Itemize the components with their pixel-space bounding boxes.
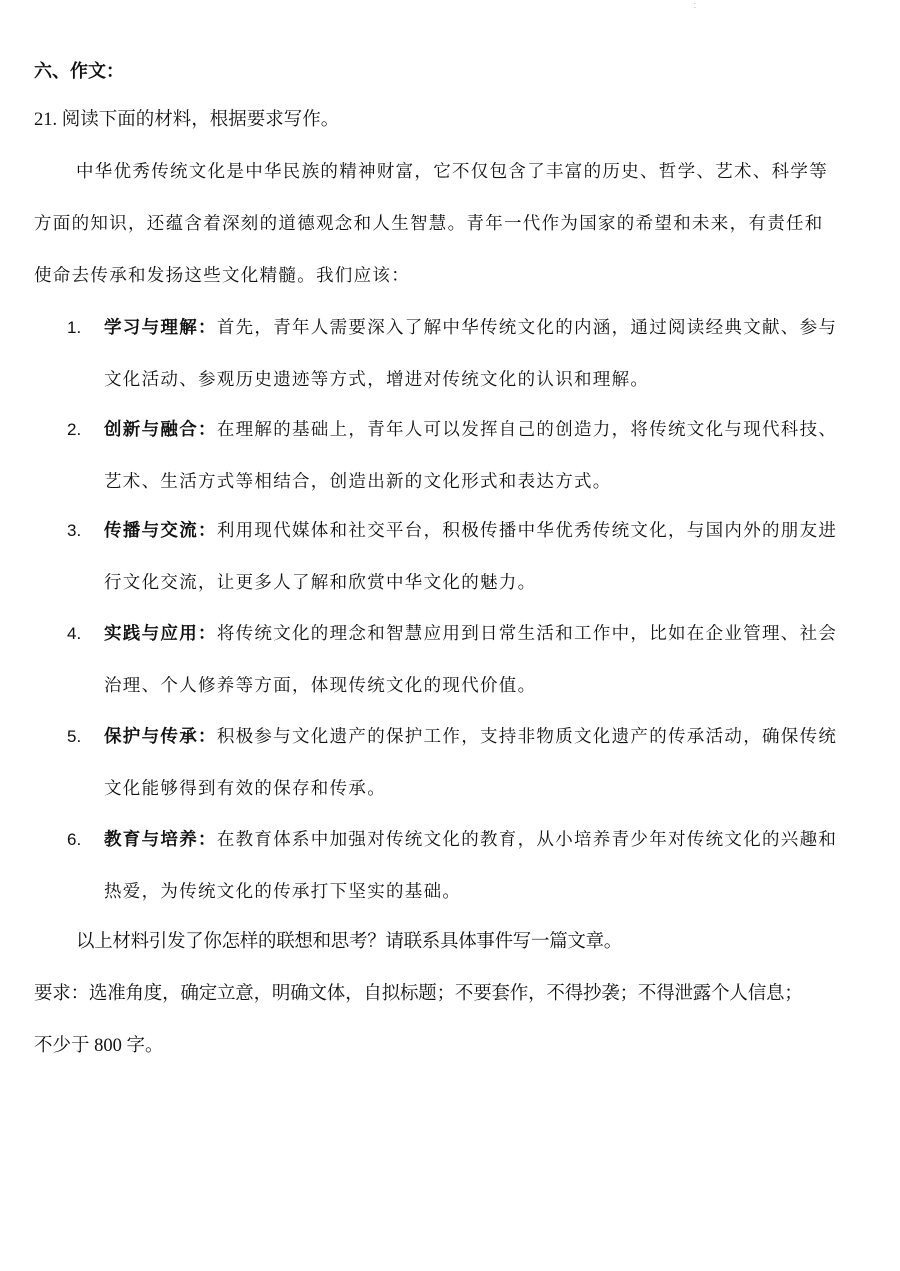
- list-item-title: 保护与传承：: [104, 727, 217, 747]
- list-item-continuation: 文化活动、参观历史遗迹等方式，增进对传统文化的认识和理解。: [104, 368, 649, 392]
- list-item-continuation: 行文化交流，让更多人了解和欣赏中华文化的魅力。: [104, 571, 536, 595]
- list-item-continuation: 艺术、生活方式等相结合，创造出新的文化形式和表达方式。: [104, 470, 612, 494]
- question-number: 21.: [34, 110, 57, 130]
- list-item-number: 3.: [67, 519, 81, 543]
- list-item-title: 实践与应用：: [104, 624, 217, 644]
- list-item-line: 保护与传承：积极参与文化遗产的保护工作，支持非物质文化遗产的传承活动，确保传统: [104, 725, 837, 749]
- question-heading: 21. 阅读下面的材料，根据要求写作。: [34, 108, 339, 132]
- list-item-number: 4.: [67, 622, 81, 646]
- requirements-line: 要求：选准角度，确定立意，明确文体，自拟标题；不要套作，不得抄袭；不得泄露个人信…: [34, 982, 803, 1006]
- list-item-line: 学习与理解：首先，青年人需要深入了解中华传统文化的内涵，通过阅读经典文献、参与: [104, 316, 837, 340]
- list-item-number: 2.: [67, 418, 81, 442]
- section-title: 六、作文：: [34, 60, 124, 84]
- list-item-number: 1.: [67, 316, 81, 340]
- list-item-text: 在教育体系中加强对传统文化的教育，从小培养青少年对传统文化的兴趣和: [217, 830, 837, 850]
- list-item-continuation: 文化能够得到有效的保存和传承。: [104, 777, 386, 801]
- question-instruction: 阅读下面的材料，根据要求写作。: [62, 110, 340, 130]
- material-paragraph-line: 方面的知识，还蕴含着深刻的道德观念和人生智慧。青年一代作为国家的希望和未来，有责…: [34, 212, 824, 236]
- list-item-text: 利用现代媒体和社交平台，积极传播中华优秀传统文化，与国内外的朋友进: [217, 521, 837, 541]
- list-item-line: 传播与交流：利用现代媒体和社交平台，积极传播中华优秀传统文化，与国内外的朋友进: [104, 519, 837, 543]
- list-item-line: 教育与培养：在教育体系中加强对传统文化的教育，从小培养青少年对传统文化的兴趣和: [104, 828, 837, 852]
- exam-page: ·· 六、作文： 21. 阅读下面的材料，根据要求写作。 中华优秀传统文化是中华…: [0, 0, 900, 1271]
- list-item-line: 实践与应用：将传统文化的理念和智慧应用到日常生活和工作中，比如在企业管理、社会: [104, 622, 837, 646]
- list-item-text: 将传统文化的理念和智慧应用到日常生活和工作中，比如在企业管理、社会: [217, 624, 837, 644]
- writing-prompt: 以上材料引发了你怎样的联想和思考？请联系具体事件写一篇文章。: [76, 930, 622, 954]
- requirements-line: 不少于 800 字。: [34, 1034, 164, 1058]
- list-item-text: 积极参与文化遗产的保护工作，支持非物质文化遗产的传承活动，确保传统: [217, 727, 837, 747]
- list-item-text: 首先，青年人需要深入了解中华传统文化的内涵，通过阅读经典文献、参与: [217, 318, 837, 338]
- list-item-title: 学习与理解：: [104, 318, 217, 338]
- material-paragraph-line: 中华优秀传统文化是中华民族的精神财富，它不仅包含了丰富的历史、哲学、艺术、科学等: [76, 160, 828, 184]
- list-item-text: 在理解的基础上，青年人可以发挥自己的创造力，将传统文化与现代科技、: [217, 420, 837, 440]
- list-item-number: 5.: [67, 725, 81, 749]
- list-item-line: 创新与融合：在理解的基础上，青年人可以发挥自己的创造力，将传统文化与现代科技、: [104, 418, 837, 442]
- list-item-title: 创新与融合：: [104, 420, 217, 440]
- list-item-number: 6.: [67, 828, 81, 852]
- scan-artifact-dots: ··: [694, 3, 696, 11]
- material-paragraph-line: 使命去传承和发扬这些文化精髓。我们应该：: [34, 264, 410, 288]
- list-item-title: 教育与培养：: [104, 830, 217, 850]
- list-item-continuation: 治理、个人修养等方面，体现传统文化的现代价值。: [104, 674, 536, 698]
- list-item-continuation: 热爱，为传统文化的传承打下坚实的基础。: [104, 880, 461, 904]
- list-item-title: 传播与交流：: [104, 521, 217, 541]
